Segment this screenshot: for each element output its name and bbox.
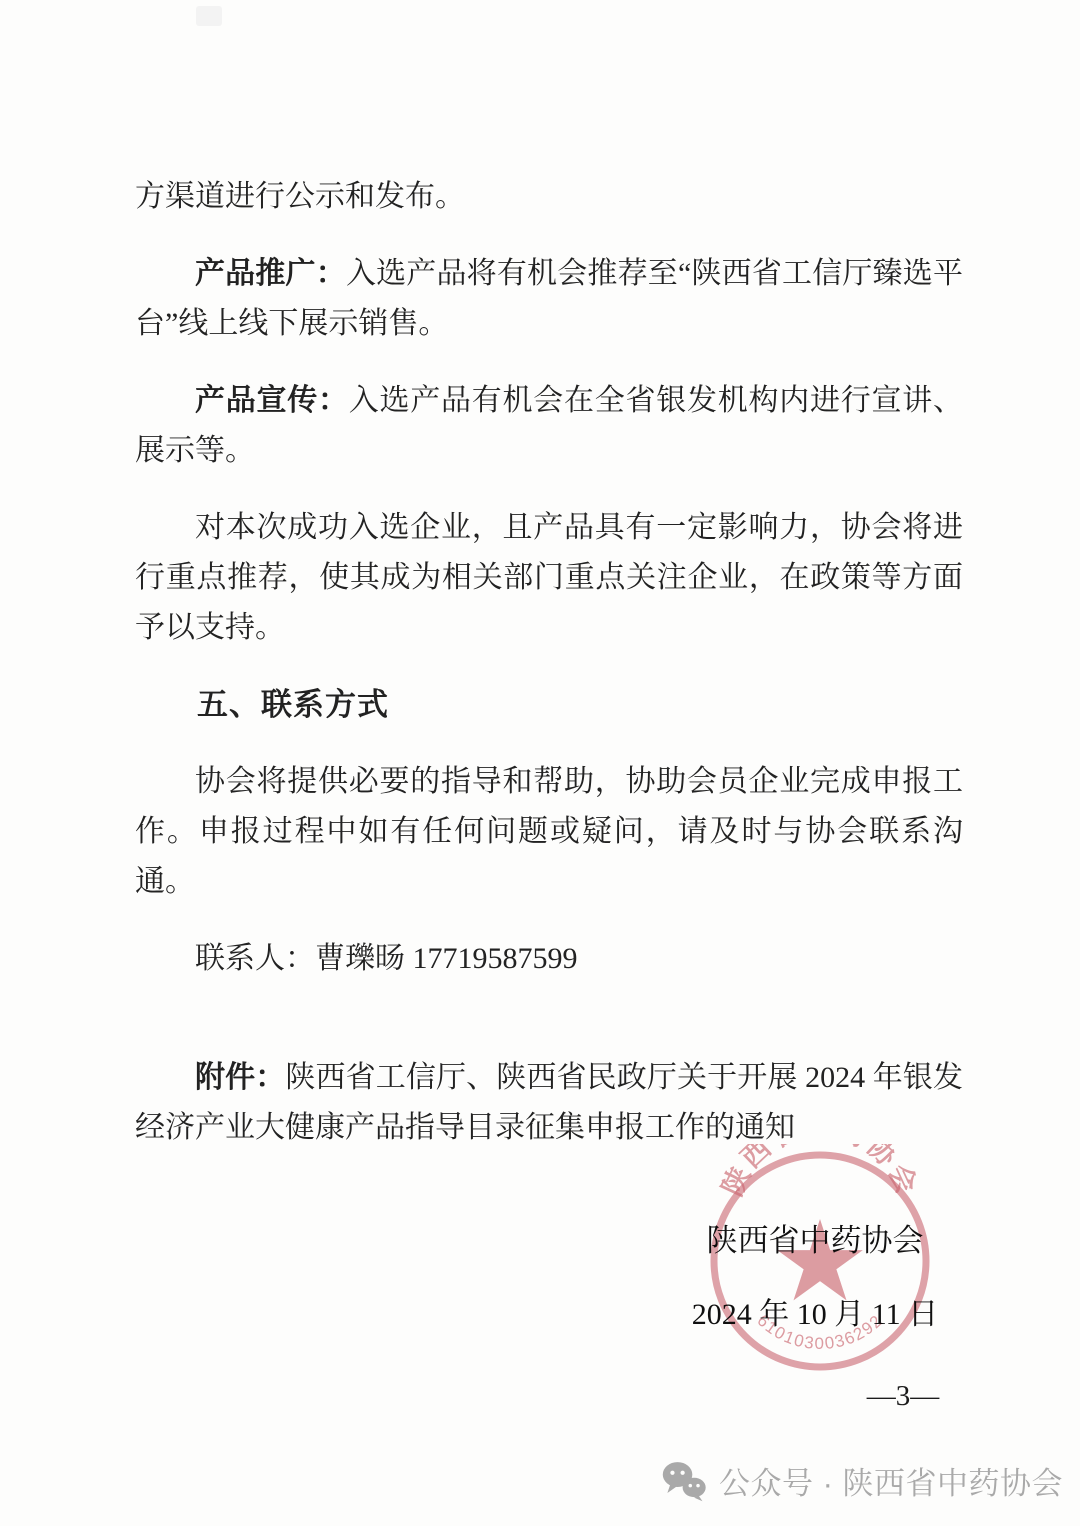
section-heading-contact: 五、联系方式	[135, 680, 963, 730]
paragraph-continuation: 方渠道进行公示和发布。	[135, 172, 963, 222]
document-body: 方渠道进行公示和发布。 产品推广：入选产品将有机会推荐至“陕西省工信厅臻选平台”…	[135, 172, 963, 1180]
seal-star-icon	[777, 1219, 863, 1300]
page-number: —3—	[848, 1378, 958, 1414]
paragraph-attachment: 附件：陕西省工信厅、陕西省民政厅关于开展 2024 年银发经济产业大健康产品指导…	[135, 1053, 963, 1153]
wechat-icon	[660, 1460, 708, 1502]
paragraph-lead: 产品宣传：	[195, 384, 349, 417]
paragraph-contact-person: 联系人：曹瓅旸 17719587599	[135, 934, 963, 984]
scan-smudge	[196, 6, 222, 26]
footer-label: 公众号 · 陕西省中药协会	[719, 1458, 1063, 1503]
wechat-footer: 公众号 · 陕西省中药协会	[660, 1458, 1063, 1503]
paragraph-lead: 附件：	[195, 1061, 285, 1094]
seal-code-text: 6101030036292	[753, 1311, 886, 1353]
paragraph-product-promotion: 产品推广：入选产品将有机会推荐至“陕西省工信厅臻选平台”线上线下展示销售。	[135, 249, 963, 349]
paragraph-product-publicity: 产品宣传：入选产品有机会在全省银发机构内进行宣讲、展示等。	[135, 376, 963, 476]
paragraph-lead: 产品推广：	[195, 257, 346, 290]
document-page: 方渠道进行公示和发布。 产品推广：入选产品将有机会推荐至“陕西省工信厅臻选平台”…	[0, 0, 1080, 1526]
paragraph-assistance: 协会将提供必要的指导和帮助，协助会员企业完成申报工作。申报过程中如有任何问题或疑…	[135, 757, 963, 907]
paragraph-key-support: 对本次成功入选企业，且产品具有一定影响力，协会将进行重点推荐，使其成为相关部门重…	[135, 503, 963, 653]
official-seal: 陕西省中药协会 6101030036292	[703, 1144, 937, 1378]
